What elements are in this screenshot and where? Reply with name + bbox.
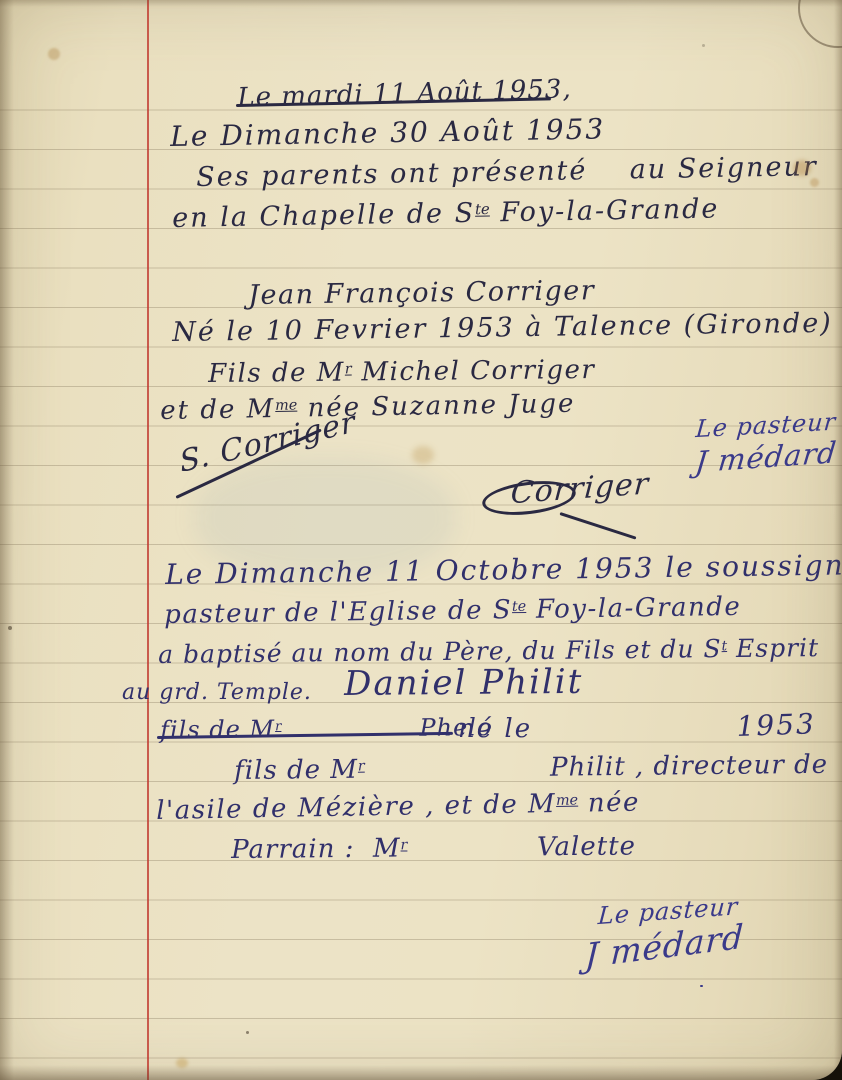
page-edge-shadow-right xyxy=(834,0,842,1080)
birth-mention: né le xyxy=(458,715,532,744)
entry1-date-struck: Le mardi 11 Août 1953, xyxy=(237,75,572,112)
birth-year: 1953 xyxy=(736,709,816,743)
foxing-spot xyxy=(412,446,434,464)
father-line: Fils de Mr Michel Corriger xyxy=(208,356,595,389)
godfather-line: Parrain : Mr Valette xyxy=(231,832,636,864)
mother-line: et de Mme née Suzanne Juge xyxy=(160,390,576,426)
signature-tail-stroke-2 xyxy=(700,985,703,987)
baptized-child-name: Daniel Philit xyxy=(344,664,583,703)
paper-speck xyxy=(246,1031,249,1034)
page-edge-shadow-bottom xyxy=(0,1065,842,1080)
birth-line: Né le 10 Fevrier 1953 à Talence (Gironde… xyxy=(172,309,833,348)
father-signature: Corriger xyxy=(510,467,651,510)
entry2-date-line: Le Dimanche 11 Octobre 1953 le soussigné… xyxy=(165,550,842,591)
page-edge-shadow-left xyxy=(0,0,14,1080)
child-name: Jean François Corriger xyxy=(248,276,595,311)
father-filiation: fils de Mr Philit , directeur de xyxy=(234,751,828,786)
chapel-line: en la Chapelle de Ste Foy-la-Grande xyxy=(172,194,720,233)
foxing-spot xyxy=(176,1058,188,1068)
red-margin-line xyxy=(147,0,149,1080)
entry1-date: Le Dimanche 30 Août 1953 xyxy=(170,114,605,152)
asylum-line: l'asile de Mézière , et de Mme née xyxy=(156,789,640,826)
foxing-spot xyxy=(48,48,60,60)
church-line: pasteur de l'Eglise de Ste Foy-la-Grande xyxy=(164,593,742,630)
register-page: Le mardi 11 Août 1953, Le Dimanche 30 Ao… xyxy=(0,0,842,1080)
signature-tail-stroke xyxy=(560,512,637,539)
presentation-line: Ses parents ont présenté au Seigneur xyxy=(196,152,818,193)
paper-speck xyxy=(702,44,705,47)
page-edge-shadow-top xyxy=(0,0,842,7)
struck-filiation: fils de Mr Phelo xyxy=(160,714,492,743)
pastor-signature: J médard xyxy=(694,437,839,479)
temple-note: au grd. Temple. xyxy=(122,681,312,705)
paper-speck xyxy=(8,626,12,630)
page-curl-line xyxy=(798,0,842,48)
